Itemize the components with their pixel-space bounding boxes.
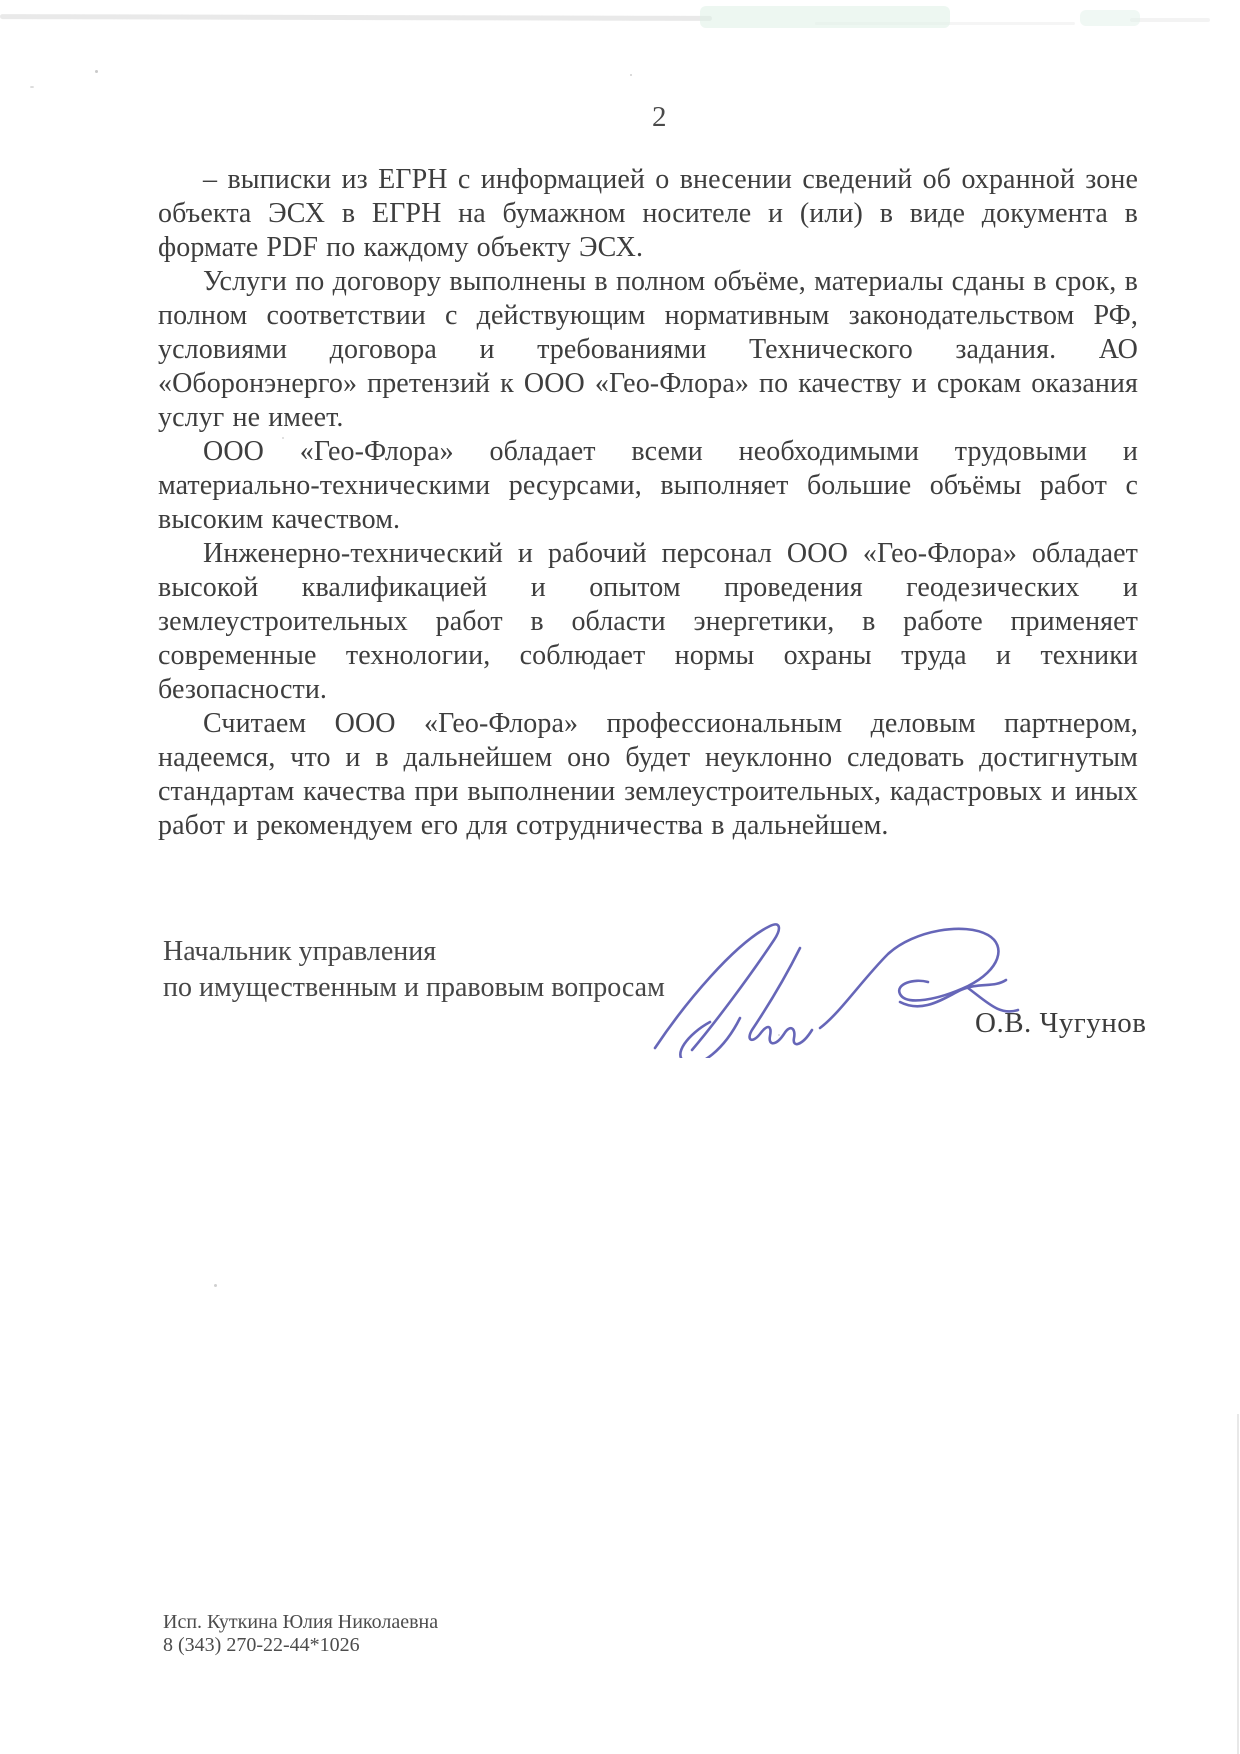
scan-smudge — [1080, 10, 1140, 26]
paragraph: Считаем ООО «Гео-Флора» профессиональным… — [158, 707, 1138, 843]
signature-position-title: Начальник управления по имущественным и … — [163, 934, 665, 1006]
paragraph: Инженерно-технический и рабочий персонал… — [158, 537, 1138, 707]
scan-smudge — [700, 6, 950, 28]
phone-line: 8 (343) 270-22-44*1026 — [163, 1634, 438, 1657]
signature-position-line1: Начальник управления — [163, 934, 665, 970]
scan-speck — [214, 1284, 217, 1287]
paragraph: ООО «Гео-Флора» обладает всеми необходим… — [158, 435, 1138, 537]
footer: Исп. Куткина Юлия Николаевна 8 (343) 270… — [163, 1611, 438, 1657]
scan-streak — [0, 14, 712, 21]
executor-line: Исп. Куткина Юлия Николаевна — [163, 1611, 438, 1634]
scan-speck — [95, 70, 98, 73]
scan-edge-line — [1237, 1414, 1239, 1754]
signature-ink — [640, 918, 1030, 1058]
scan-speck — [30, 86, 34, 88]
scan-speck — [630, 74, 632, 76]
signer-name: О.В. Чугунов — [975, 1007, 1147, 1040]
paragraph: – выписки из ЕГРН с информацией о внесен… — [158, 163, 1138, 265]
scan-streak — [1130, 18, 1210, 22]
signature-position-line2: по имущественным и правовым вопросам — [163, 970, 665, 1006]
scanned-letter-page: 2 – выписки из ЕГРН с информацией о внес… — [0, 0, 1240, 1754]
page-number: 2 — [652, 101, 667, 134]
paragraph: Услуги по договору выполнены в полном об… — [158, 265, 1138, 435]
letter-body: – выписки из ЕГРН с информацией о внесен… — [158, 163, 1138, 843]
